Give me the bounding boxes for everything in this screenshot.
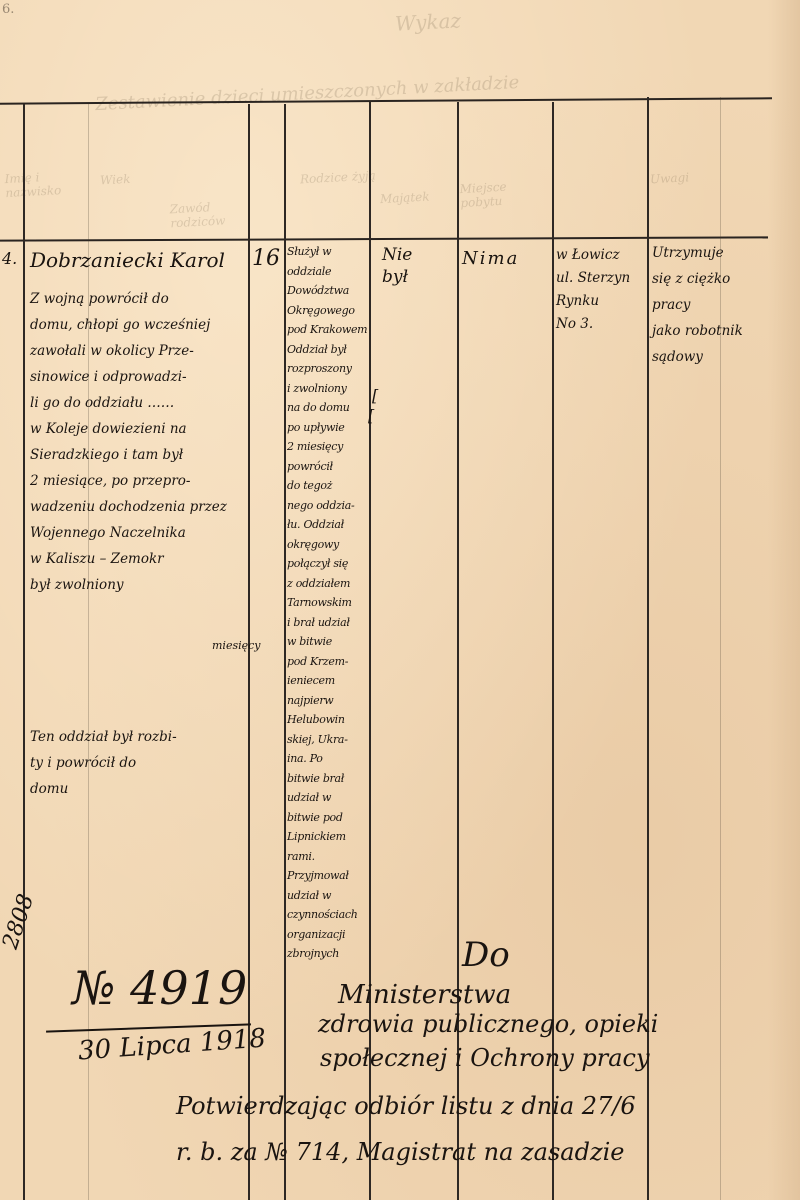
registry-number: № 4919 <box>72 965 247 1011</box>
ghost-col-header-5: Majątek <box>380 188 461 206</box>
letter-body-2: r. b. za № 714, Magistrat na zasadzie <box>176 1140 625 1164</box>
letter-body-1: Potwierdzając odbiór listu z dnia 27/6 <box>176 1094 636 1118</box>
ghost-col-header-1: Imię i nazwisko <box>4 168 85 200</box>
bracket-mark: [ <box>372 388 378 404</box>
person-age: 16 <box>252 248 280 270</box>
letter-salutation: Do <box>462 938 510 972</box>
bracket-mark: [ <box>368 408 374 424</box>
history-margin-note: miesięcy <box>212 640 261 651</box>
service-record: Służył w oddziale Dowództwa Okręgowego p… <box>287 242 371 964</box>
column-rule <box>284 104 286 1200</box>
row-number: 4. <box>2 251 17 267</box>
remarks: Utrzymuje się z ciężko pracy jako robotn… <box>652 240 772 370</box>
property: Nima <box>462 250 519 268</box>
ghost-col-header-7: Uwagi <box>650 168 741 187</box>
letter-addressee-3: społecznej i Ochrony pracy <box>320 1046 650 1070</box>
parents-alive: Nie był <box>382 244 412 288</box>
residence: w Łowicz ul. Sterzyn Rynku No 3. <box>556 244 648 336</box>
column-rule <box>23 104 25 1200</box>
person-name: Dobrzaniecki Karol <box>30 250 225 270</box>
letter-addressee-2: zdrowia publicznego, opieki <box>318 1012 658 1036</box>
registry-date: 30 Lipca 1918 <box>77 1025 266 1064</box>
ledger-page: 6. Wykaz Zestawienie dzieci umieszczonyc… <box>0 0 800 1200</box>
ghost-col-header-4: Rodzice żyją <box>300 168 391 187</box>
ghost-col-header-2: Wiek <box>100 167 231 188</box>
history-continued: Ten oddział był rozbi- ty i powrócił do … <box>30 724 252 802</box>
letter-addressee-1: Ministerstwa <box>338 982 511 1008</box>
ghost-heading-1: Wykaz <box>394 8 461 35</box>
ghost-col-header-3: Zawód rodziców <box>169 198 260 231</box>
registry-side-note: 2808 <box>0 888 39 952</box>
page-mark: 6. <box>2 2 14 17</box>
history-text: Z wojną powrócił do domu, chłopi go wcze… <box>30 286 252 598</box>
ghost-heading-2: Zestawienie dzieci umieszczonych w zakła… <box>95 66 635 115</box>
ghost-col-header-6: Miejsce pobytu <box>459 178 540 210</box>
